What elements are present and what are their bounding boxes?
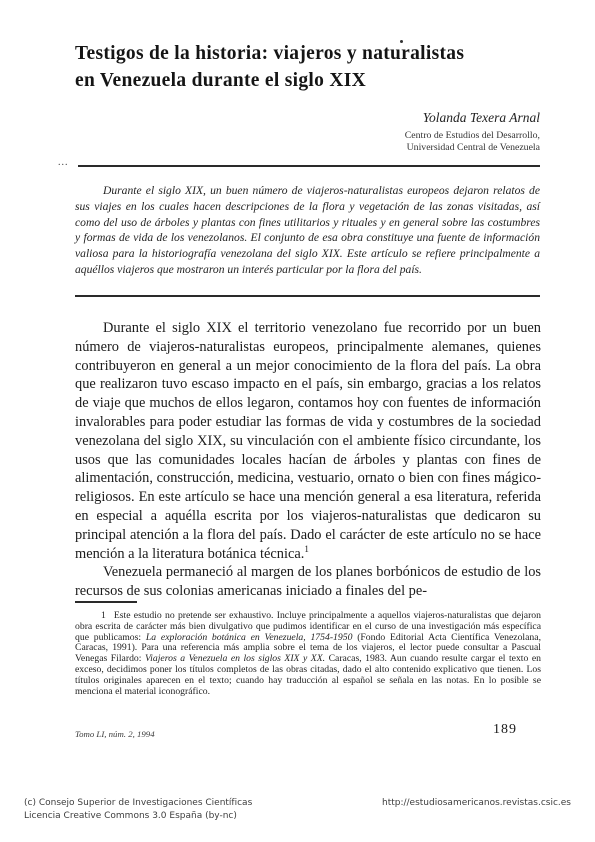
article-title-line2: en Venezuela durante el siglo XIX bbox=[75, 67, 545, 94]
scanned-paper-page: Testigos de la historia: viajeros y natu… bbox=[0, 0, 595, 842]
footer-copyright-line2: Licencia Creative Commons 3.0 España (by… bbox=[24, 810, 252, 823]
journal-volume-info: Tomo LI, núm. 2, 1994 bbox=[75, 729, 155, 739]
abstract-divider-rule bbox=[75, 295, 540, 297]
footer-copyright: (c) Consejo Superior de Investigaciones … bbox=[24, 797, 252, 822]
author-affiliation-line2: Universidad Central de Venezuela bbox=[75, 142, 540, 154]
margin-mark: ... bbox=[58, 157, 69, 168]
article-body: Durante el siglo XIX el territorio venez… bbox=[75, 319, 541, 601]
author-name: Yolanda Texera Arnal bbox=[75, 110, 540, 126]
page-number: 189 bbox=[470, 722, 540, 738]
header-divider-rule bbox=[78, 165, 540, 167]
footnote-book-title-1: La exploración botánica en Venezuela, 17… bbox=[146, 632, 353, 643]
footnote-separator-rule bbox=[75, 601, 137, 603]
digitization-footer: (c) Consejo Superior de Investigaciones … bbox=[0, 797, 595, 822]
footnote-marker: 1 bbox=[101, 610, 114, 621]
footer-copyright-line1: (c) Consejo Superior de Investigaciones … bbox=[24, 797, 252, 810]
footnote-reference-superscript: 1 bbox=[304, 544, 309, 554]
author-block: Yolanda Texera Arnal Centro de Estudios … bbox=[75, 110, 540, 153]
footer-url: http://estudiosamericanos.revistas.csic.… bbox=[382, 797, 571, 822]
footnote-book-title-2: Viajeros a Venezuela en los siglos XIX y… bbox=[145, 653, 325, 664]
body-paragraph-2: Venezuela permaneció al margen de los pl… bbox=[75, 563, 541, 601]
author-affiliation-line1: Centro de Estudios del Desarrollo, bbox=[75, 130, 540, 142]
body-paragraph-1: Durante el siglo XIX el territorio venez… bbox=[75, 319, 541, 563]
body-paragraph-1-text: Durante el siglo XIX el territorio venez… bbox=[75, 320, 541, 562]
article-title-line1: Testigos de la historia: viajeros y natu… bbox=[75, 40, 545, 67]
footnote-text: 1Este estudio no pretende ser exhaustivo… bbox=[75, 611, 541, 697]
abstract-paragraph: Durante el siglo XIX, un buen número de … bbox=[75, 183, 540, 278]
article-title: Testigos de la historia: viajeros y natu… bbox=[75, 40, 545, 94]
